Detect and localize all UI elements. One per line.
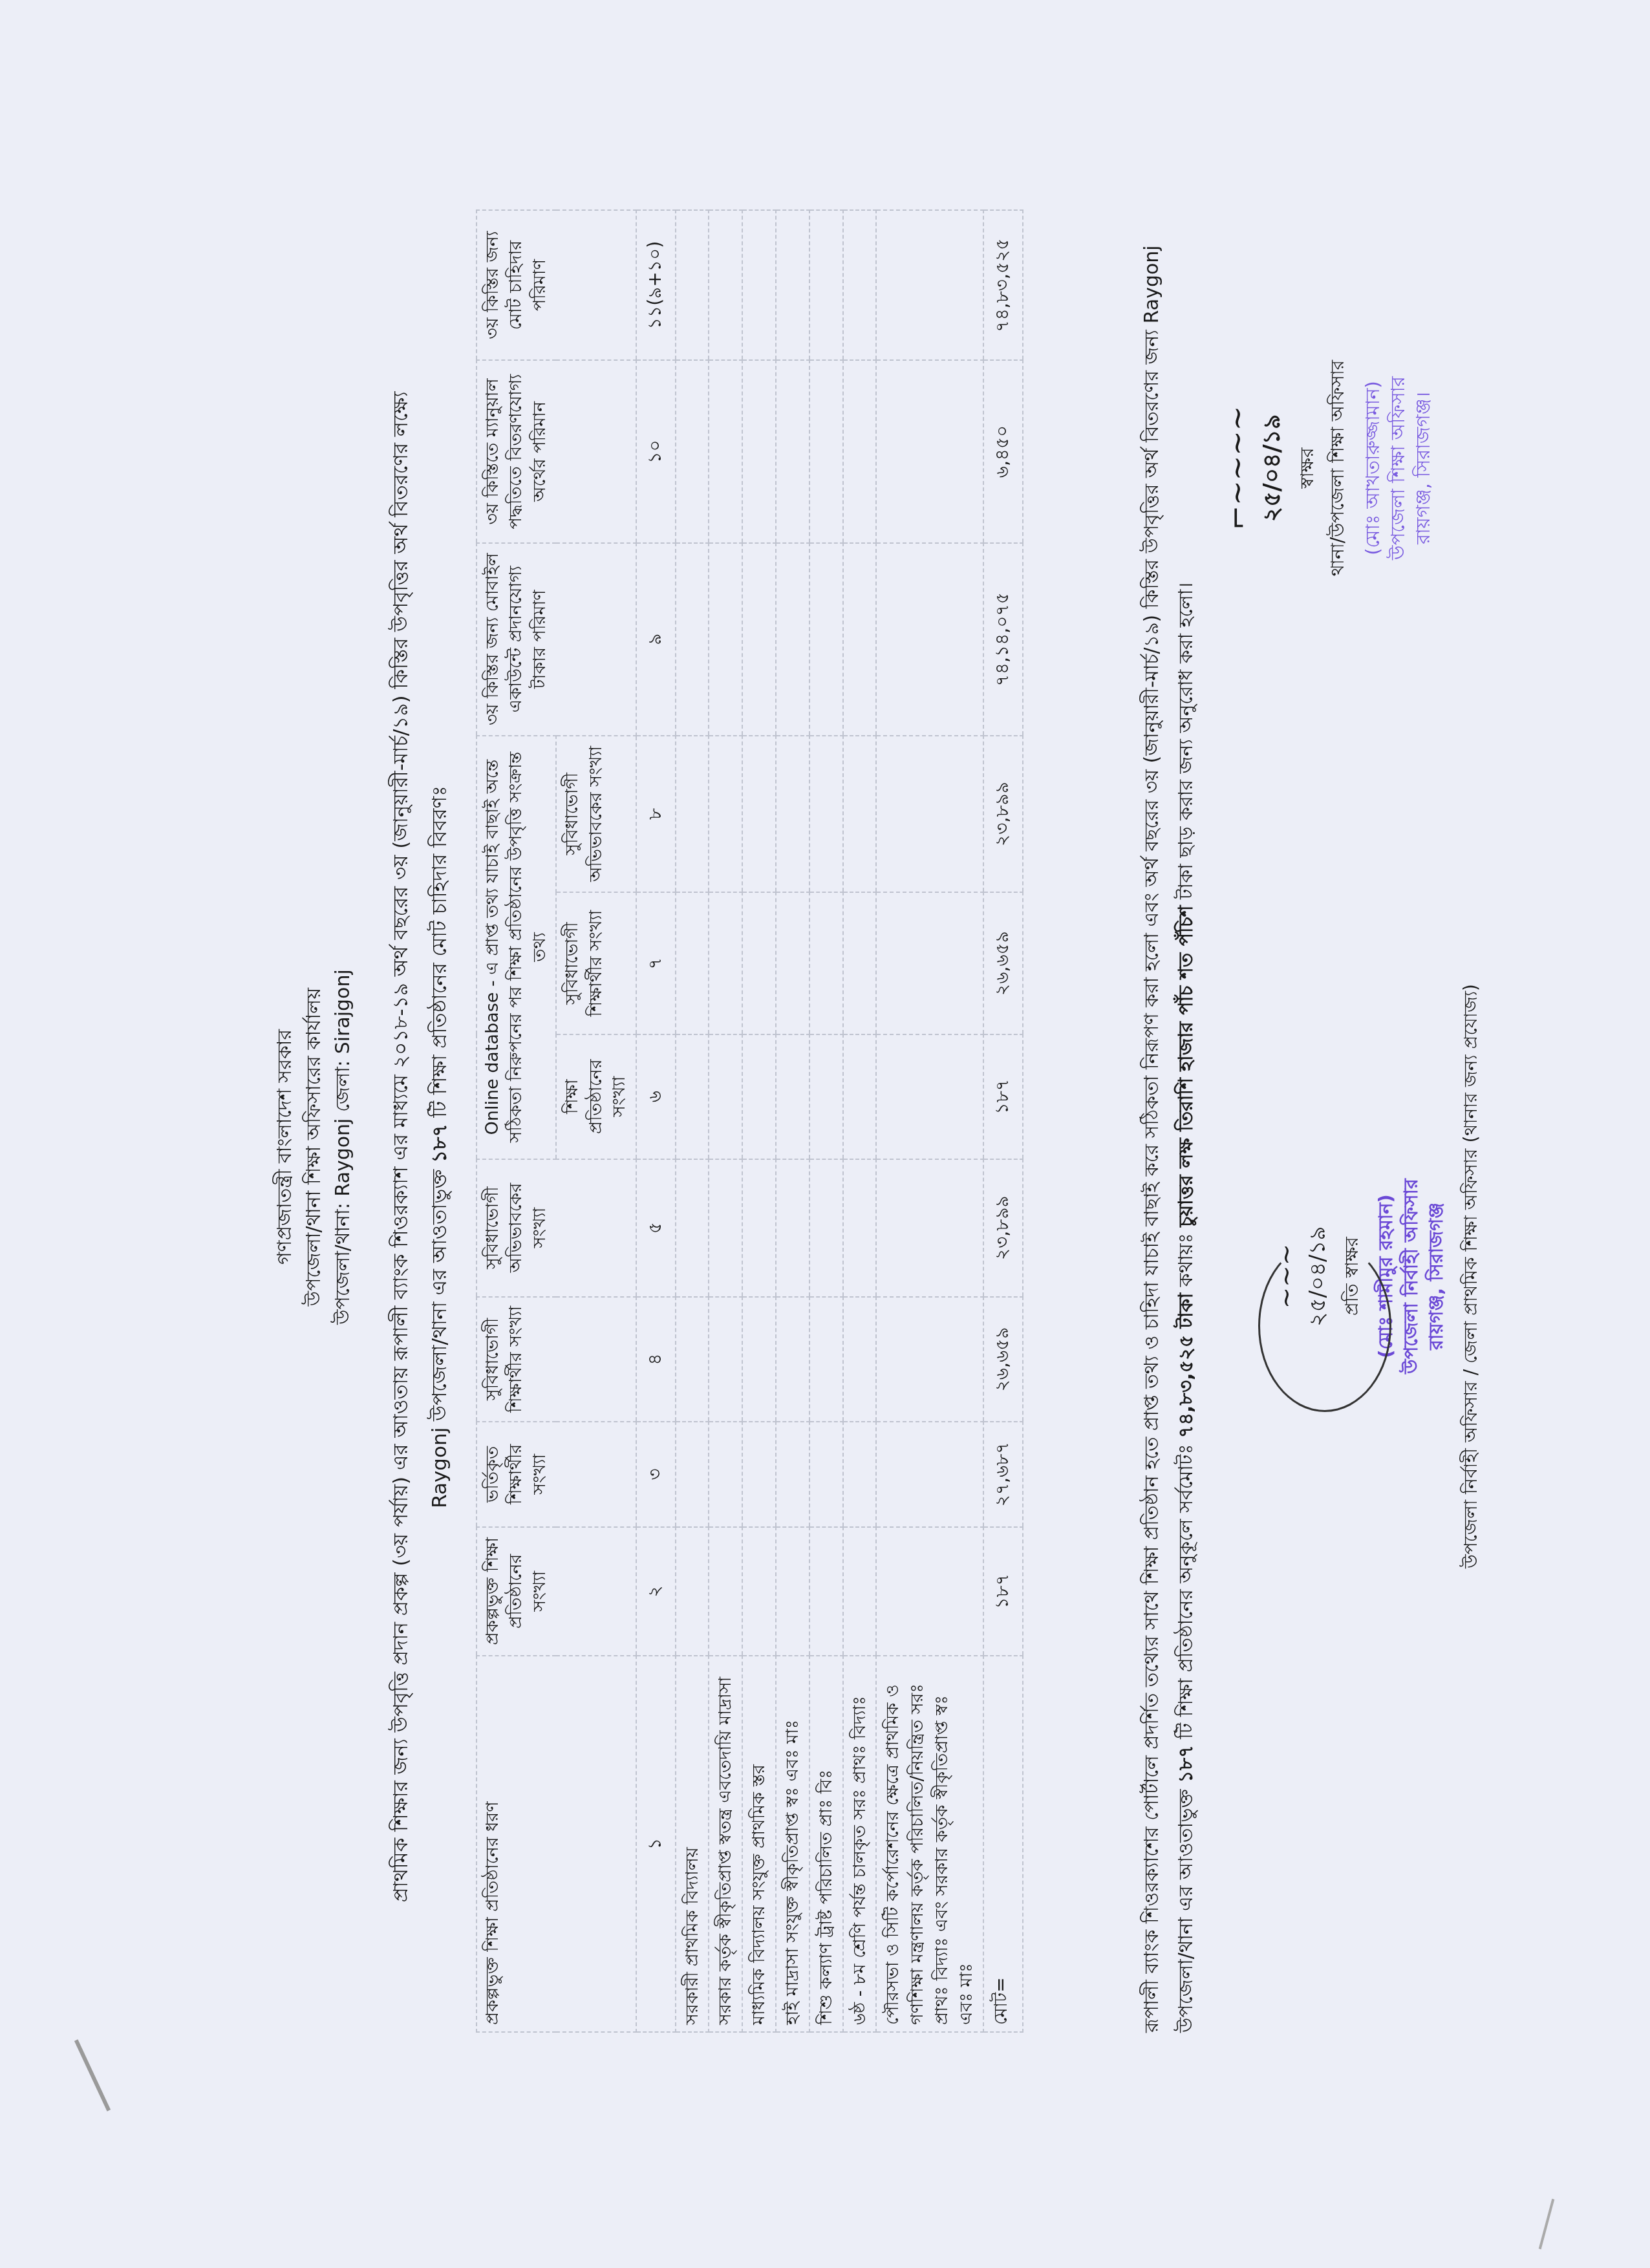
document-sheet: গণপ্রজাতন্ত্রী বাংলাদেশ সরকার উপজেলা/থান… (23, 67, 1575, 2227)
col-header-manual-amount: ৩য় কিস্তিতে ম্যানুয়াল পদ্ধতিতে বিতরণযো… (477, 360, 636, 543)
amount-in-words: চুয়াত্তর লক্ষ তিরাশি হাজার পাঁচ শত পঁচি… (1175, 905, 1197, 1226)
col-header-online-students: সুবিধাভোগী শিক্ষার্থীর সংখ্যা (556, 892, 636, 1034)
col-header-online-guardians: সুবিধাভোগী অভিভাবকের সংখ্যা (556, 736, 636, 893)
table-row: মাধ্যমিক বিদ্যালয় সংযুক্ত প্রাথমিক স্তর (742, 210, 776, 2032)
col-header-institution-count: প্রকল্পভুক্ত শিক্ষা প্রতিষ্ঠানের সংখ্যা (477, 1527, 636, 1656)
col-header-beneficiary-guardians: সুবিধাভোগী অভিভাবকের সংখ্যা (477, 1159, 636, 1297)
col-header-mobile-amount: ৩য় কিস্তির জন্য মোবাইল একাউন্টে প্রদানয… (477, 543, 636, 736)
total-row: মোট= ১৮৭ ২৭,৬৮৭ ২৬,৬৫৯ ২৩,৮৯৯ ১৮৭ ২৬,৬৫৯… (983, 210, 1023, 2032)
govt-heading: গণপ্রজাতন্ত্রী বাংলাদেশ সরকার (269, 67, 302, 2227)
document-subtitle: Raygonj উপজেলা/থানা এর আওতাভুক্ত ১৮৭ টি … (424, 67, 458, 2227)
signature-loop-icon (1258, 1240, 1391, 1412)
demand-table: প্রকল্পভুক্ত শিক্ষা প্রতিষ্ঠানের ধরণ প্র… (476, 209, 1023, 2033)
countersignature-role: উপজেলা নির্বাহী অফিসার / জেলা প্রাথমিক শ… (1457, 856, 1487, 1696)
signature-date: ২৫/০৪/১৯ (1254, 274, 1293, 662)
signature-block: ⌐~~~~ ২৫/০৪/১৯ স্বাক্ষর থানা/উপজেলা শিক্… (1219, 274, 1436, 662)
signature-caption: স্বাক্ষর (1293, 274, 1323, 662)
certification-paragraph: রূপালী ব্যাংক শিওরক্যাশের পোর্টালে প্রদর… (1135, 209, 1203, 2033)
col-header-enrolled: ভর্তিকৃত শিক্ষার্থীর সংখ্যা (477, 1422, 636, 1526)
uno-stamp: (মোঃ শামীমুর রহমান) উপজেলা নির্বাহী অফিস… (1373, 856, 1449, 1696)
countersignature-block: ~~~ ২৫/০৪/১৯ প্রতি স্বাক্ষর (মোঃ শামীমুর… (1271, 856, 1487, 1696)
education-officer-stamp: (মোঃ আখতারুজ্জামান) উপজেলা শিক্ষা অফিসার… (1360, 274, 1436, 662)
col-header-beneficiary-students: সুবিধাভোগী শিক্ষার্থীর সংখ্যা (477, 1297, 636, 1422)
table-row: ৬ষ্ঠ - ৮ম শ্রেণি পর্যন্ত চালকৃত সরঃ প্রা… (843, 210, 877, 2032)
location-heading: উপজেলা/থানা: Raygonj জেলা: Sirajgonj (327, 67, 360, 2227)
table-row: হাই মাদ্রাসা সংযুক্ত স্বীকৃতিপ্রাপ্ত স্ব… (776, 210, 809, 2032)
institution-count: ১৮৭ (428, 1124, 451, 1162)
table-row: পৌরসভা ও সিটি কর্পোরেশনের ক্ষেত্রে প্রাথ… (876, 210, 983, 2032)
paragraph-institution-count: ১৮৭ (1175, 1745, 1197, 1782)
col-header-total-demand: ৩য় কিস্তির জন্য মোট চাহিদার পরিমাণ (477, 210, 636, 360)
col-header-institution-type: প্রকল্পভুক্ত শিক্ষা প্রতিষ্ঠানের ধরণ (477, 1656, 636, 2032)
column-index-row: ১ ২ ৩ ৪ ৫ ৬ ৭ ৮ ৯ ১০ ১১(৯+১০) (636, 210, 676, 2032)
signature-role: থানা/উপজেলা শিক্ষা অফিসার (1323, 274, 1354, 662)
officer-signature: ⌐~~~~ (1219, 274, 1254, 662)
col-group-online-database: Online database - এ প্রাপ্ত তথ্য যাচাই ব… (477, 736, 556, 1159)
total-amount: ৭৪,৮৩,৫২৫ টাকা (1175, 1293, 1197, 1438)
document-title: প্রাথমিক শিক্ষার জন্য উপবৃত্তি প্রদান প্… (385, 67, 419, 2227)
table-row: সরকার কর্তৃক স্বীকৃতিপ্রাপ্ত স্বতন্ত্র এ… (709, 210, 742, 2032)
table-row: সরকারী প্রাথমিক বিদ্যালয় (676, 210, 709, 2032)
col-header-online-institutions: শিক্ষা প্রতিষ্ঠানের সংখ্যা (556, 1034, 636, 1159)
office-heading: উপজেলা/থানা শিক্ষা অফিসারের কার্যালয় (298, 67, 331, 2227)
table-row: শিশু কল্যাণ ট্রাষ্ট পরিচালিত প্রাঃ বিঃ (809, 210, 843, 2032)
